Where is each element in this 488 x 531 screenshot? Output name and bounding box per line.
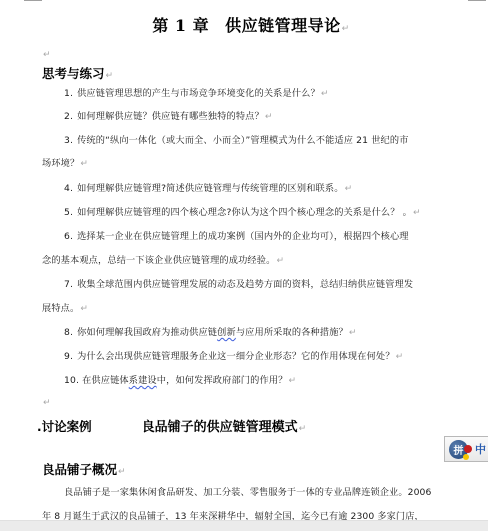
case-heading: .讨论案例良品铺子的供应链管理模式↵ [37,416,306,435]
question-text: 收集全球范围内供应链管理发展的动态及趋势方面的资料，总结归纳供应链管理发 [77,279,413,290]
ime-logo-icon[interactable]: 拼 [449,440,468,459]
question-number: 10. [42,369,79,393]
chapter-name: 供应链管理导论 [225,16,341,35]
paragraph-mark-icon: ↵ [265,112,273,122]
question-item: 8.你如何理解我国政府为推动供应链创新与应用所采取的各种措施？↵ [42,321,470,345]
question-item: 3.传统的“纵向一体化（或大而全、小而全）”管理模式为什么不能适应 21 世纪的… [42,129,470,153]
question-item: 4.如何理解供应链管理?简述供应链管理与传统管理的区别和联系。↵ [42,177,470,201]
spellcheck-marked-text[interactable]: 创新 [217,327,236,338]
question-number: 4. [42,177,73,201]
question-text: 如何理解供应链管理的四个核心理念?你认为这个四个核心理念的关系是什么？ 。 [77,207,412,218]
paragraph-mark-icon: ↵ [396,352,404,362]
ime-logo-glyph: 拼 [454,442,464,457]
exercises-heading-text: 思考与练习 [42,66,105,81]
question-text: 如何理解供应链？供应链有哪些独特的特点？ [77,111,264,122]
question-item-continuation: 念的基本观点，总结一下该企业供应链管理的成功经验。↵ [42,249,470,273]
question-item-continuation: 展特点。↵ [42,297,470,321]
question-item: 6.选择某一企业在供应链管理上的成功案例（国内外的企业均可），根据四个核心理 [42,225,470,249]
question-text: 与应用所采取的各种措施？ [236,327,348,338]
question-item-continuation: 场环境？↵ [42,152,470,176]
ime-yellow-dot-icon [463,454,469,460]
paragraph-mark-icon: ↵ [349,328,357,338]
paragraph-mark-icon: ↵ [289,376,297,386]
question-number: 9. [42,345,73,369]
paragraph-mark-icon: ↵ [118,467,126,477]
paragraph-mark-icon: ↵ [80,304,88,314]
paragraph-mark-icon: ↵ [43,398,51,408]
question-item: 9.为什么会出现供应链管理服务企业这一细分企业形态？它的作用体现在何处？↵ [42,345,470,369]
question-number: 6. [42,225,73,249]
body-paragraph: 良品铺子是一家集休闲食品研发、加工分装、零售服务于一体的专业品牌连锁企业。200… [42,481,472,505]
question-text: 你如何理解我国政府为推动供应链 [77,327,217,338]
overview-heading-text: 良品铺子概况 [42,462,117,477]
body-text: 良品铺子是一家集休闲食品研发、加工分装、零售服务于一体的专业品牌连锁企业。200… [64,487,431,498]
question-text: 念的基本观点，总结一下该企业供应链管理的成功经验。 [42,255,275,266]
paragraph-mark-icon: ↵ [299,424,307,434]
question-item: 7.收集全球范围内供应链管理发展的动态及趋势方面的资料，总结归纳供应链管理发 [42,273,470,297]
question-text: 如何理解供应链管理?简述供应链管理与传统管理的区别和联系。 [77,183,343,194]
ime-toolbar[interactable]: 拼 中 [444,436,488,462]
empty-paragraph: ↵ [42,50,51,60]
paragraph-mark-icon: ↵ [342,24,350,34]
question-text: 为什么会出现供应链管理服务企业这一细分企业形态？它的作用体现在何处？ [77,351,394,362]
paragraph-mark-icon: ↵ [80,159,88,169]
overview-heading: 良品铺子概况↵ [42,460,126,478]
question-item: 1.供应链管理思想的产生与市场竞争环境变化的关系是什么？↵ [42,82,470,106]
question-text: 展特点。 [42,303,79,314]
question-item: 10.在供应链体系建设中，如何发挥政府部门的作用？↵ [42,369,470,393]
ime-red-dot-icon [464,445,472,453]
paragraph-mark-icon: ↵ [43,50,51,60]
document-page: 第 1 章供应链管理导论↵ ↵ 思考与练习↵ 1.供应链管理思想的产生与市场竞争… [0,0,488,520]
question-number: 7. [42,273,73,297]
question-text: 场环境？ [42,158,79,169]
question-number: 2. [42,105,73,129]
page-corner-mark-left [24,0,42,1]
paragraph-mark-icon: ↵ [321,89,329,99]
question-text: 传统的“纵向一体化（或大而全、小而全）”管理模式为什么不能适应 21 世纪的市 [77,135,409,146]
spellcheck-marked-text[interactable]: 系建设 [129,375,157,386]
paragraph-mark-icon: ↵ [276,256,284,266]
case-title: 良品铺子的供应链管理模式 [142,416,298,435]
paragraph-mark-icon: ↵ [413,208,421,218]
chapter-title: 第 1 章供应链管理导论↵ [0,13,488,36]
question-item: 2.如何理解供应链？供应链有哪些独特的特点？↵ [42,105,470,129]
question-text: 供应链管理思想的产生与市场竞争环境变化的关系是什么？ [77,88,320,99]
paragraph-mark-icon: ↵ [106,71,114,81]
question-text: 中，如何发挥政府部门的作用？ [157,375,288,386]
case-label: 讨论案例 [42,419,92,434]
page-corner-mark-right [468,0,486,1]
question-number: 3. [42,129,73,153]
bottom-scroll-area [0,520,488,531]
chapter-number: 第 1 章 [152,16,209,35]
question-number: 1. [42,82,73,106]
question-text: 在供应链体 [82,375,129,386]
question-number: 5. [42,201,73,225]
empty-paragraph: ↵ [42,398,51,408]
question-item: 5.如何理解供应链管理的四个核心理念?你认为这个四个核心理念的关系是什么？ 。↵ [42,201,470,225]
ime-mode-toggle[interactable]: 中 [475,441,486,457]
question-text: 选择某一企业在供应链管理上的成功案例（国内外的企业均可），根据四个核心理 [77,231,409,242]
question-number: 8. [42,321,73,345]
paragraph-mark-icon: ↵ [345,184,353,194]
exercises-heading: 思考与练习↵ [42,64,113,82]
